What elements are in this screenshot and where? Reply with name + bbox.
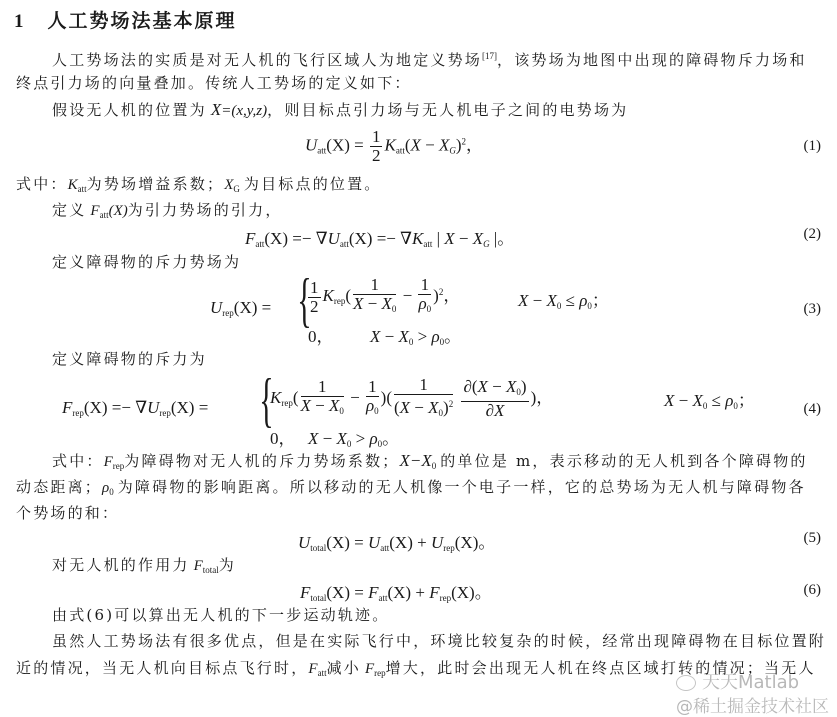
text: 式中：: [16, 175, 68, 193]
text: 为障碍物对无人机的斥力势场系数；: [124, 452, 399, 470]
math: =−: [108, 398, 136, 417]
fraction: 1ρ0: [366, 378, 379, 420]
math: =−: [288, 229, 316, 248]
math: −: [421, 135, 439, 154]
math: U: [298, 533, 310, 552]
math: −: [318, 429, 336, 448]
math: rep: [443, 543, 455, 553]
paragraph-7-line-3: 个势场的和：: [16, 503, 119, 523]
math: ∂: [463, 377, 471, 396]
paragraph-5: 定义障碍物的斥力势场为: [52, 252, 241, 272]
equation-2: Fatt(X) =− ∇Uatt(X) =− ∇Katt | X − XG |。: [245, 224, 514, 249]
math: −: [528, 291, 546, 310]
math: 2: [449, 399, 454, 409]
math: K: [384, 135, 395, 154]
equation-5: Utotal(X) = Uatt(X) + Urep(X)。: [298, 528, 495, 553]
math: ∂: [486, 401, 494, 420]
math: X: [336, 429, 346, 448]
math: 。: [382, 429, 399, 448]
math: 1: [418, 276, 431, 295]
math-var: X: [211, 100, 221, 119]
math: F: [300, 583, 310, 602]
math: U: [210, 298, 222, 317]
equation-number-6: (6): [804, 582, 822, 599]
math: −: [380, 327, 398, 346]
math: (X): [326, 583, 350, 602]
math: X: [353, 294, 363, 313]
text: 减小: [327, 659, 361, 677]
math: att: [423, 239, 432, 249]
text: 动态距离；: [16, 478, 102, 496]
math: (X): [234, 298, 258, 317]
math: +: [413, 533, 431, 552]
math: ∇: [135, 398, 147, 417]
math: U: [431, 533, 443, 552]
math: X: [428, 398, 438, 417]
fraction: 1(X − X0)2: [394, 376, 453, 422]
text: 为: [219, 556, 236, 574]
math: 。: [475, 583, 492, 602]
math: (X): [455, 533, 479, 552]
math: X: [411, 135, 421, 154]
math: 0: [439, 408, 444, 418]
math: 1: [370, 128, 383, 147]
math: rep: [72, 408, 84, 418]
math: att: [78, 184, 87, 194]
watermark-line-1: 天天Matlab: [676, 668, 799, 694]
text: 定义: [52, 201, 86, 219]
math: +: [411, 583, 429, 602]
math: =: [257, 298, 271, 317]
math: =: [350, 533, 368, 552]
fraction: 12: [370, 128, 383, 165]
math: att: [396, 145, 405, 155]
math: 0: [427, 304, 432, 314]
math: X: [506, 377, 516, 396]
math: ∇: [400, 229, 412, 248]
text: ，则目标点引力场与无人机电子之间的电势场为: [267, 101, 628, 119]
math: =: [194, 398, 208, 417]
math: att: [380, 543, 389, 553]
text: 为引力势场的引力，: [128, 201, 283, 219]
math: 1: [394, 376, 453, 395]
fraction: 1ρ0: [418, 276, 431, 318]
math: X: [692, 391, 702, 410]
paragraph-4: 定义Fatt(X)为引力势场的引力，: [52, 200, 283, 225]
math: −: [455, 229, 473, 248]
math: =: [350, 135, 368, 154]
paragraph-6: 定义障碍物的斥力为: [52, 349, 207, 369]
math: rep: [281, 398, 293, 408]
math: ，: [443, 286, 460, 305]
math: (X): [349, 229, 373, 248]
fraction: 1X − X0: [301, 378, 344, 420]
math: rep: [374, 668, 386, 678]
math: U: [305, 135, 317, 154]
math: G: [233, 184, 240, 194]
math: X−X: [399, 451, 431, 470]
math: (X): [387, 583, 411, 602]
math: 0: [516, 387, 521, 397]
math: ρ: [369, 429, 377, 448]
math: att: [100, 210, 109, 220]
math: 0: [374, 406, 379, 416]
math: 。: [444, 327, 461, 346]
math: −: [311, 396, 329, 415]
math: 0: [392, 304, 397, 314]
paragraph-1-line-2: 终点引力场的向量叠加。传统人工势场的定义如下：: [16, 73, 412, 93]
fraction: ∂(X − X0)∂X: [461, 378, 528, 420]
math: U: [147, 398, 159, 417]
paragraph-3: 式中：Katt为势场增益系数；XG为目标点的位置。: [16, 174, 382, 199]
math: 0，: [308, 327, 334, 346]
math: att: [317, 145, 326, 155]
math: −: [346, 388, 364, 407]
text: 为目标点的位置。: [244, 175, 382, 193]
math: total: [203, 565, 219, 575]
math: 2: [370, 147, 383, 165]
math: K: [323, 286, 334, 305]
paragraph-10-line-1: 虽然人工势场法有很多优点，但是在实际飞行中，环境比较复杂的时候，经常出现障碍物在…: [52, 631, 826, 651]
math: 1: [353, 276, 396, 295]
equation-number-5: (5): [804, 530, 822, 547]
section-heading: 1人工势场法基本原理: [14, 6, 237, 33]
math: X: [494, 401, 504, 420]
math: G: [449, 145, 456, 155]
paragraph-2: 假设无人机的位置为X=(x,y,z)，则目标点引力场与无人机电子之间的电势场为: [52, 100, 628, 121]
math: rep: [159, 408, 171, 418]
paragraph-8: 对无人机的作用力Ftotal为: [52, 555, 236, 580]
math: X: [473, 229, 483, 248]
equation-number-4: (4): [804, 401, 822, 418]
math: (X): [326, 533, 350, 552]
math: att: [340, 239, 349, 249]
math: (X): [389, 533, 413, 552]
math: 。: [497, 229, 514, 248]
math: (X): [171, 398, 195, 417]
math: ρ: [431, 327, 439, 346]
math-expr: =(x,y,z): [221, 103, 267, 119]
math: >: [413, 327, 431, 346]
paragraph-7-line-1: 式中：Frep为障碍物对无人机的斥力势场系数；X−X0的单位是 m，表示移动的无…: [52, 451, 808, 476]
text: 的单位是 m，表示移动的无人机到各个障碍物的: [440, 452, 807, 470]
paragraph-7-line-2: 动态距离；ρ0为障碍物的影响距离。所以移动的无人机像一个电子一样，它的总势场为无…: [16, 477, 806, 502]
paragraph-1-line-1: 人工势场法的实质是对无人机的飞行区域人为地定义势场[17]，该势场为地图中出现的…: [52, 46, 807, 70]
math: 0，: [270, 429, 296, 448]
math: 1: [366, 378, 379, 397]
math: >: [351, 429, 369, 448]
wechat-icon: [676, 675, 696, 691]
math: (X): [84, 398, 108, 417]
math: −: [410, 398, 428, 417]
math: rep: [113, 461, 125, 471]
math: G: [483, 239, 490, 249]
citation-ref[interactable]: [17]: [482, 51, 497, 61]
math: att: [318, 668, 327, 678]
math: X: [301, 396, 311, 415]
math: (X): [109, 203, 128, 219]
math: F: [104, 454, 113, 470]
math: −: [363, 294, 381, 313]
math: 1: [301, 378, 344, 397]
math: ρ: [418, 294, 426, 313]
math: ≤: [707, 391, 725, 410]
math: (X): [326, 135, 350, 154]
math: X: [308, 429, 318, 448]
math: F: [429, 583, 439, 602]
text: 假设无人机的位置为: [52, 101, 207, 119]
text: 为势场增益系数；: [87, 175, 225, 193]
math: F: [245, 229, 255, 248]
math: K: [412, 229, 423, 248]
math: ∇: [316, 229, 328, 248]
math: total: [310, 543, 326, 553]
math: (X): [451, 583, 475, 602]
math: ρ: [366, 396, 374, 415]
math: 。: [478, 533, 495, 552]
math: X: [398, 327, 408, 346]
math: (X): [264, 229, 288, 248]
text: 人工势场法的实质是对无人机的飞行区域人为地定义势场: [52, 51, 482, 69]
math: F: [365, 661, 374, 677]
math: U: [328, 229, 340, 248]
math: F: [62, 398, 72, 417]
section-title: 人工势场法基本原理: [48, 10, 237, 32]
math: 2: [308, 298, 321, 316]
equation-number-1: (1): [804, 138, 822, 155]
math: K: [270, 388, 281, 407]
math: X: [400, 398, 410, 417]
math: F: [90, 203, 99, 219]
paragraph-9: 由式(6)可以算出无人机的下一步运动轨迹。: [52, 605, 389, 625]
math: ；: [738, 391, 755, 410]
math: 0: [339, 406, 344, 416]
math: total: [310, 593, 326, 603]
math: −: [674, 391, 692, 410]
math: F: [194, 558, 203, 574]
fraction: 12: [308, 279, 321, 316]
text: 式中：: [52, 452, 104, 470]
equation-number-2: (2): [804, 226, 822, 243]
math: 1: [308, 279, 321, 298]
text: 近的情况，当无人机向目标点飞行时，: [16, 659, 308, 677]
math: X: [329, 396, 339, 415]
math: X: [370, 327, 380, 346]
math: X: [546, 291, 556, 310]
equation-1: Uatt(X) = 12Katt(X − XG)2，: [305, 128, 483, 165]
math: 0: [109, 487, 114, 497]
math: X: [664, 391, 674, 410]
math: −: [488, 377, 506, 396]
math: =: [350, 583, 368, 602]
equation-6: Ftotal(X) = Fatt(X) + Frep(X)。: [300, 578, 492, 603]
text: 为障碍物的影响距离。所以移动的无人机像一个电子一样，它的总势场为无人机与障碍物各: [118, 478, 806, 496]
watermark-text: 天天Matlab: [702, 672, 799, 693]
math: =−: [372, 229, 400, 248]
math: rep: [440, 593, 452, 603]
section-number: 1: [14, 11, 26, 32]
math: rep: [334, 296, 346, 306]
math: 0: [432, 461, 437, 471]
math: X: [444, 229, 454, 248]
math: F: [308, 661, 317, 677]
math: K: [68, 177, 78, 193]
math: ；: [592, 291, 609, 310]
math: F: [368, 583, 378, 602]
math: −: [398, 286, 416, 305]
math: X: [382, 294, 392, 313]
equation-number-3: (3): [804, 301, 822, 318]
math: U: [368, 533, 380, 552]
text: 对无人机的作用力: [52, 556, 190, 574]
watermark-line-2: @稀土掘金技术社区: [676, 692, 829, 717]
math: X: [518, 291, 528, 310]
math: ≤: [561, 291, 579, 310]
math: ，: [466, 135, 483, 154]
fraction: 1X − X0: [353, 276, 396, 318]
text: ，该势场为地图中出现的障碍物斥力场和: [497, 51, 807, 69]
math: X: [439, 135, 449, 154]
math: ，: [536, 388, 553, 407]
math: rep: [222, 308, 234, 318]
math: X: [478, 377, 488, 396]
